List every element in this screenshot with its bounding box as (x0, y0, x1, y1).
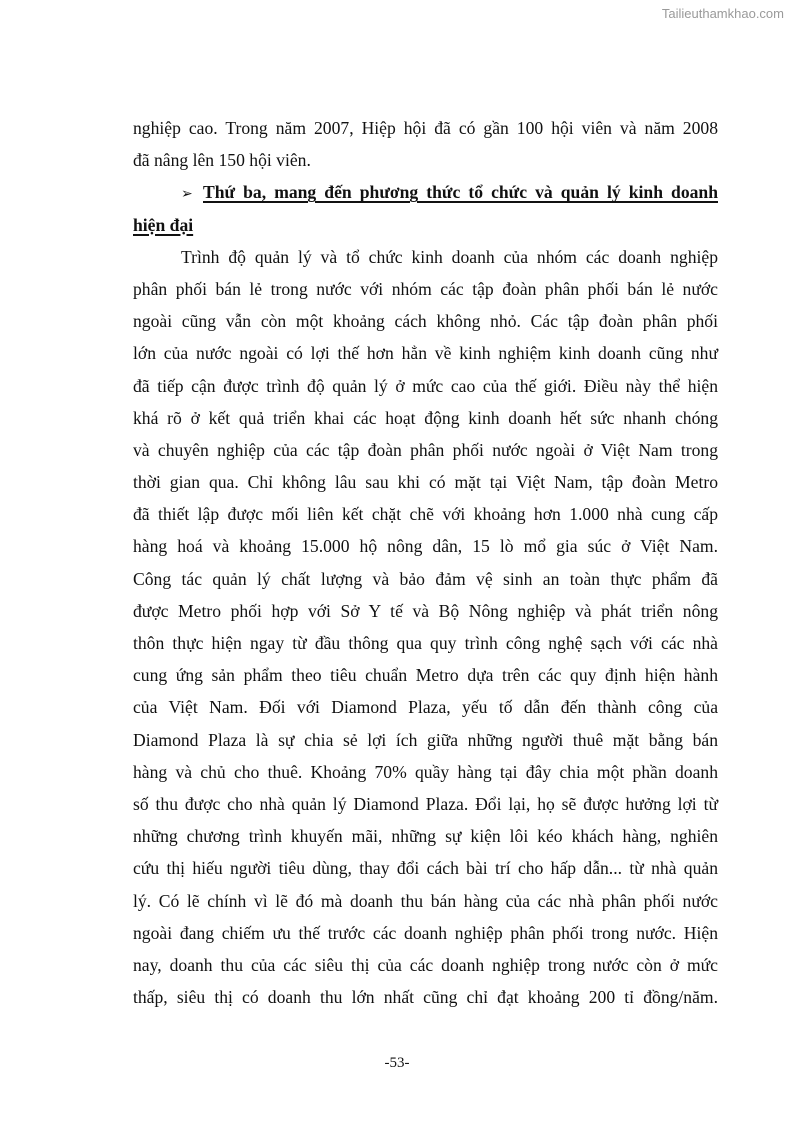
paragraph-line: cứu thị hiếu người tiêu dùng, thay đổi c… (133, 852, 718, 884)
paragraph-line: đã nâng lên 150 hội viên. (133, 144, 718, 176)
paragraph-line: ngoài cũng vẫn còn một khoảng cách không… (133, 305, 718, 337)
paragraph-line: và chuyên nghiệp của các tập đoàn phân p… (133, 434, 718, 466)
paragraph-line: thấp, siêu thị có doanh thu lớn nhất cũn… (133, 981, 718, 1013)
section-heading-continued: hiện đại (133, 209, 718, 241)
heading-text: hiện đại (133, 215, 193, 235)
paragraph-line: được Metro phối hợp với Sở Y tế và Bộ Nô… (133, 595, 718, 627)
paragraph-line: lớn của nước ngoài có lợi thế hơn hẳn về… (133, 337, 718, 369)
paragraph-line: số thu được cho nhà quản lý Diamond Plaz… (133, 788, 718, 820)
paragraph-line: nay, doanh thu của các siêu thị của các … (133, 949, 718, 981)
paragraph-line: Trình độ quản lý và tổ chức kinh doanh c… (133, 241, 718, 273)
section-heading: ➢Thứ ba, mang đến phương thức tổ chức và… (133, 176, 718, 208)
paragraph-line: của Việt Nam. Đối với Diamond Plaza, yếu… (133, 691, 718, 723)
paragraph-line: thôn thực hiện ngay từ đầu thông qua quy… (133, 627, 718, 659)
paragraph-line: Công tác quản lý chất lượng và bảo đảm v… (133, 563, 718, 595)
document-page: nghiệp cao. Trong năm 2007, Hiệp hội đã … (133, 112, 718, 1013)
paragraph-line: phân phối bán lẻ trong nước với nhóm các… (133, 273, 718, 305)
page-number: -53- (0, 1055, 794, 1072)
paragraph-line: những chương trình khuyến mãi, những sự … (133, 820, 718, 852)
watermark: Tailieuthamkhao.com (662, 6, 784, 21)
paragraph-line: hàng và chủ cho thuê. Khoảng 70% quầy hà… (133, 756, 718, 788)
arrow-bullet-icon: ➢ (181, 179, 203, 211)
paragraph-line: lý. Có lẽ chính vì lẽ đó mà doanh thu bá… (133, 885, 718, 917)
paragraph-line: khá rõ ở kết quả triển khai các hoạt độn… (133, 402, 718, 434)
paragraph-line: hàng hoá và khoảng 15.000 hộ nông dân, 1… (133, 530, 718, 562)
paragraph-line: đã tiếp cận được trình độ quản lý ở mức … (133, 370, 718, 402)
body-paragraph: Trình độ quản lý và tổ chức kinh doanh c… (133, 241, 718, 1014)
paragraph-line: Diamond Plaza là sự chia sẻ lợi ích giữa… (133, 724, 718, 756)
paragraph-line: ngoài đang chiếm ưu thế trước các doanh … (133, 917, 718, 949)
paragraph-line: cung ứng sản phẩm theo tiêu chuẩn Metro … (133, 659, 718, 691)
paragraph-line: nghiệp cao. Trong năm 2007, Hiệp hội đã … (133, 112, 718, 144)
paragraph-line: đã thiết lập được mối liên kết chặt chẽ … (133, 498, 718, 530)
heading-text: Thứ ba, mang đến phương thức tổ chức và … (203, 182, 718, 202)
paragraph-line: thời gian qua. Chỉ không lâu sau khi có … (133, 466, 718, 498)
